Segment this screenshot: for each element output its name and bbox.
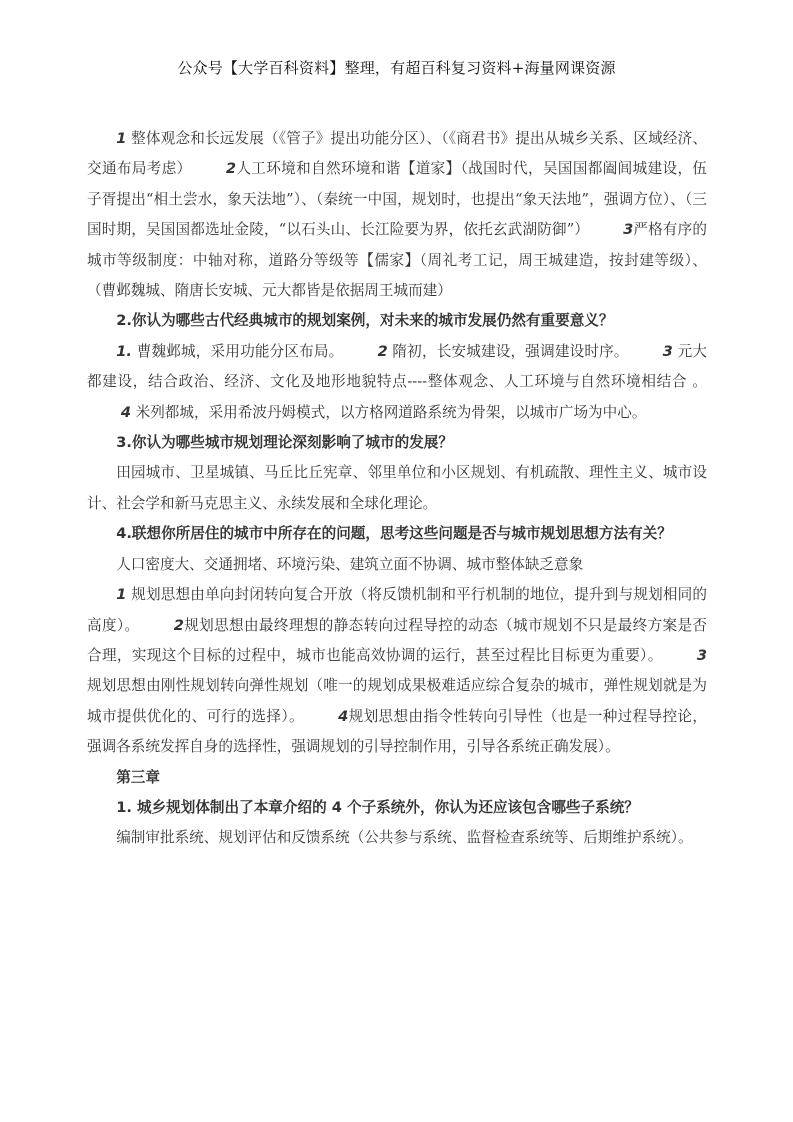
chapter-heading: 第三章 [87,763,707,793]
item-number: 4 [338,708,348,725]
item-number: 2 [377,343,387,360]
item-number: 1 [116,130,126,147]
q2-answer-paragraph: 1. 曹魏邺城，采用功能分区布局。 2 隋初，长安城建设，强调建设时序。 3 元… [87,337,707,428]
q1-answer-paragraph: 1 整体观念和长远发展（《管子》提出功能分区）、（《商君书》提出从城乡关系、区域… [87,124,707,306]
item-number: 3 [697,647,707,664]
question-heading: 3.你认为哪些城市规划理论深刻影响了城市的发展？ [87,428,707,458]
item-number: 4 [121,404,131,421]
item-number: 1 [116,586,126,603]
q4-answer-paragraph: 1 规划思想由单向封闭转向复合开放（将反馈机制和平行机制的地位，提升到与规划相同… [87,580,707,762]
item-number: 2 [226,160,236,177]
item-number: 1. [116,343,132,360]
document-body: 1 整体观念和长远发展（《管子》提出功能分区）、（《商君书》提出从城乡关系、区域… [87,124,707,854]
chapter3-q1-answer-paragraph: 编制审批系统、规划评估和反馈系统（公共参与系统、监督检查系统等、后期维护系统）。 [87,823,707,853]
item-text: 隋初，长安城建设，强调建设时序。 [388,343,629,360]
q3-answer-paragraph: 田园城市、卫星城镇、马丘比丘宪章、邻里单位和小区规划、有机疏散、理性主义、城市设… [87,458,707,519]
item-number: 3 [663,343,673,360]
item-number: 2 [174,617,184,634]
question-heading: 4.联想你所居住的城市中所存在的问题，思考这些问题是否与城市规划思想方法有关？ [87,519,707,549]
item-text: 米列都城，采用希波丹姆模式，以方格网道路系统为骨架，以城市广场为中心。 [131,404,646,421]
item-number: 3 [623,221,633,238]
item-text: 曹魏邺城，采用功能分区布局。 [132,343,344,360]
question-heading: 2.你认为哪些古代经典城市的规划案例，对未来的城市发展仍然有重要意义？ [87,306,707,336]
q4-problems-paragraph: 人口密度大、交通拥堵、环境污染、建筑立面不协调、城市整体缺乏意象 [87,550,707,580]
question-heading: 1. 城乡规划体制出了本章介绍的 4 个子系统外，你认为还应该包含哪些子系统？ [87,793,707,823]
page-header: 公众号【大学百科资料】整理，有超百科复习资料+海量网课资源 [0,57,793,78]
